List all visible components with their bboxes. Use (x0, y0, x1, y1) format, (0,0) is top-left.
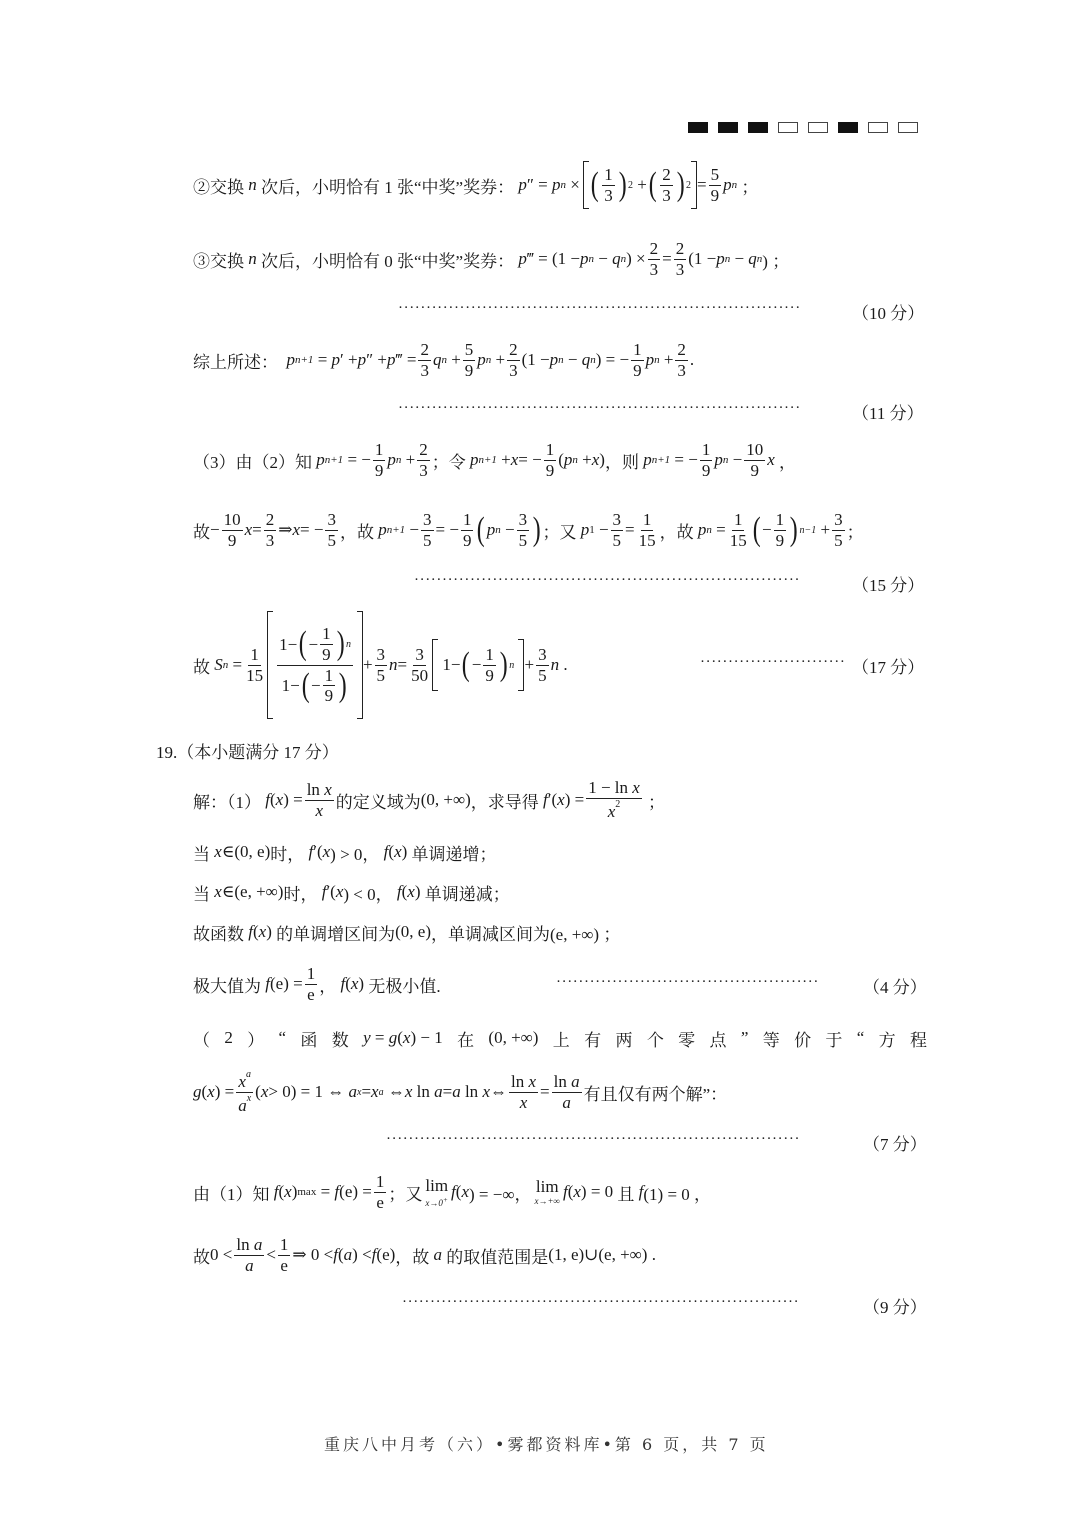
q19-text: 当 (193, 840, 210, 865)
q19-text: 无极小值. (368, 972, 440, 997)
part3-text: ，则 (605, 448, 639, 473)
score-17: （17 分） (852, 653, 924, 678)
part3-formula-3: pn+1 = −19pn −109x ， (639, 440, 796, 480)
q19-text: 极大值为 (193, 972, 261, 997)
q19-text: ，单调减区间为 (431, 920, 550, 945)
q19-gx-equivalence: g(x) =xaax(x > 0) = 1 ⇔ ax = xa ⇔ x ln a… (193, 1069, 584, 1115)
part3-text: ；又 (542, 518, 576, 543)
page-footer: 重庆八中月考（六）•雾都资料库•第 6 页，共 7 页 (324, 1432, 769, 1455)
part3-line-1: （3）由（2）知 pn+1 = −19pn +23 ；令 pn+1 + x = … (193, 438, 796, 482)
q19-line-8: 由（1）知 f(x)max = f(e) =1e ；又 limx→0+f(x) … (193, 1168, 711, 1216)
marker-empty (898, 122, 918, 133)
score-leader-dots: ········································… (398, 300, 801, 317)
q19-text: 的单调增区间为 (276, 920, 395, 945)
q19-text: 故 (193, 1243, 210, 1268)
q19-text: 的定义域为 (336, 788, 421, 813)
q19-text: 当 (193, 880, 210, 905)
q19-text: 且 (617, 1180, 634, 1205)
q19-text: 时， (270, 840, 304, 865)
case3-formula: p‴ = (1 − pn − qn) ×23=23(1 − pn − qn) ； (514, 239, 789, 279)
score-leader-dots: ········································… (414, 572, 800, 589)
score-leader-dots: ·························· (700, 654, 845, 671)
q19-part1-label: 解：（1） (193, 788, 261, 813)
marker-filled (838, 122, 858, 133)
part3-text: ；令 (432, 448, 466, 473)
case2-line: ②交换 n 次后，小明恰有 1 张“中奖”奖券： p″ = pn × (13)2… (193, 160, 758, 210)
q19-derivative: f′(x) =1 − ln xx2 ； (539, 778, 665, 821)
score-7: （7 分） (863, 1130, 927, 1155)
q19-heading: 19.（本小题满分 17 分） (156, 738, 339, 763)
q19-line-2: 当 xx∈(0, e)∈(0, e) 时， f′(x) > 0， f(x) 单调… (193, 838, 497, 866)
marker-filled (718, 122, 738, 133)
case2-formula: p″ = pn × (13)2 +(23)2 =59pn ； (514, 161, 758, 209)
score-leader-dots: ········································… (556, 974, 819, 991)
q19-fx-def: f(x) =ln xx (261, 780, 336, 820)
q19-range: (1, e)∪(e, +∞) (548, 1245, 647, 1265)
q19-text: 单调递减； (425, 880, 510, 905)
score-10: （10 分） (852, 299, 924, 324)
sn-label: 故 (193, 653, 210, 678)
q19-text: ，故 (395, 1243, 429, 1268)
q19-fmax: f(x)max = f(e) =1e (270, 1172, 389, 1212)
sn-formula: Sn =115 1−(−19)n 1−(−19) +35n =350 1−(−1… (210, 611, 568, 719)
part3-formula-7: pn =115(−19)n−1 +35； (694, 510, 864, 550)
case3-line: ③交换 n 次后，小明恰有 0 张“中奖”奖券： p‴ = (1 − pn − … (193, 237, 789, 281)
q19-line-9: 故 0 <ln aa<1e⇒ 0 < f(a) < f(e) ，故 a 的取值范… (193, 1230, 656, 1280)
q19-text: 有且仅有两个解”： (584, 1080, 728, 1105)
q19-inequality: 0 <ln aa<1e⇒ 0 < f(a) < f(e) (210, 1235, 395, 1275)
marker-filled (688, 122, 708, 133)
summary-label: 综上所述： (193, 348, 278, 373)
score-leader-dots: ········································… (386, 1131, 800, 1148)
q19-line-7: g(x) =xaax(x > 0) = 1 ⇔ ax = xa ⇔ x ln a… (193, 1066, 727, 1118)
marker-filled (748, 122, 768, 133)
part3-line-2: 故 −109x =23⇒ x = −35 ，故 pn+1 −35= −19(pn… (193, 505, 864, 555)
q19-line-4: 故函数 f(x) 的单调增区间为 (0, e) ，单调减区间为 (e, +∞) … (193, 918, 620, 946)
q19-text: 由（1）知 (193, 1180, 270, 1205)
part3-formula-5: pn+1 −35= −19(pn −35) (374, 510, 542, 550)
q19-text: 时， (283, 880, 317, 905)
score-leader-dots: ········································… (398, 400, 801, 417)
q19-line-6: （2）“函数 y = g(x) − 1 在(0, +∞)上有两个零点”等价于“方… (193, 1024, 927, 1052)
part3-formula-1: pn+1 = −19pn +23 (312, 440, 432, 480)
score-4: （4 分） (863, 973, 927, 998)
q19-text: ，求导得 (471, 788, 539, 813)
q19-limits: limx→0+f(x) = −∞， limx→+∞f(x) = 0 (422, 1177, 617, 1208)
part3-text: ，故 (340, 518, 374, 543)
part3-formula-6: p1 −35=115 (576, 510, 659, 550)
q19-domain: (0, +∞) (421, 790, 471, 810)
score-15: （15 分） (852, 571, 924, 596)
part3-text: 故 (193, 518, 210, 543)
part3-text: ，故 (660, 518, 694, 543)
marker-empty (778, 122, 798, 133)
q19-line-3: 当 x∈(e, +∞) 时， f′(x) < 0， f(x) 单调递减； (193, 878, 510, 906)
summary-line: 综上所述： pn+1 = p′ + p″ + p‴ =23qn +59pn +2… (193, 338, 694, 382)
q19-max-value: f(e) =1e， f(x) (261, 964, 368, 1004)
marker-empty (808, 122, 828, 133)
q19-line-5: 极大值为 f(e) =1e， f(x) 无极小值. (193, 960, 441, 1008)
summary-formula: pn+1 = p′ + p″ + p‴ =23qn +59pn +23(1 − … (278, 340, 694, 380)
case3-label: ③交换 (193, 247, 244, 272)
header-marker-strip (688, 122, 918, 133)
part3-formula-4: −109x =23⇒ x = −35 (210, 510, 340, 550)
q19-text: 单调递增； (412, 840, 497, 865)
part3-label: （3）由（2）知 (193, 448, 312, 473)
score-11: （11 分） (852, 399, 924, 424)
marker-empty (868, 122, 888, 133)
case2-text: 次后，小明恰有 1 张“中奖”奖券： (261, 173, 514, 198)
q19-text: 故函数 (193, 920, 244, 945)
case2-label: ②交换 (193, 173, 244, 198)
sn-line: 故 Sn =115 1−(−19)n 1−(−19) +35n =350 1−(… (193, 610, 568, 720)
q19-text: ；又 (388, 1180, 422, 1205)
score-9: （9 分） (863, 1293, 927, 1318)
q19-line-1: 解：（1） f(x) =ln xx 的定义域为 (0, +∞) ，求导得 f′(… (193, 775, 665, 825)
q19-text: 的取值范围是 (446, 1243, 548, 1268)
case3-text: 次后，小明恰有 0 张“中奖”奖券： (261, 247, 514, 272)
part3-formula-2: pn+1 + x = −19(pn + x) (466, 440, 605, 480)
score-leader-dots: ········································… (402, 1294, 799, 1311)
